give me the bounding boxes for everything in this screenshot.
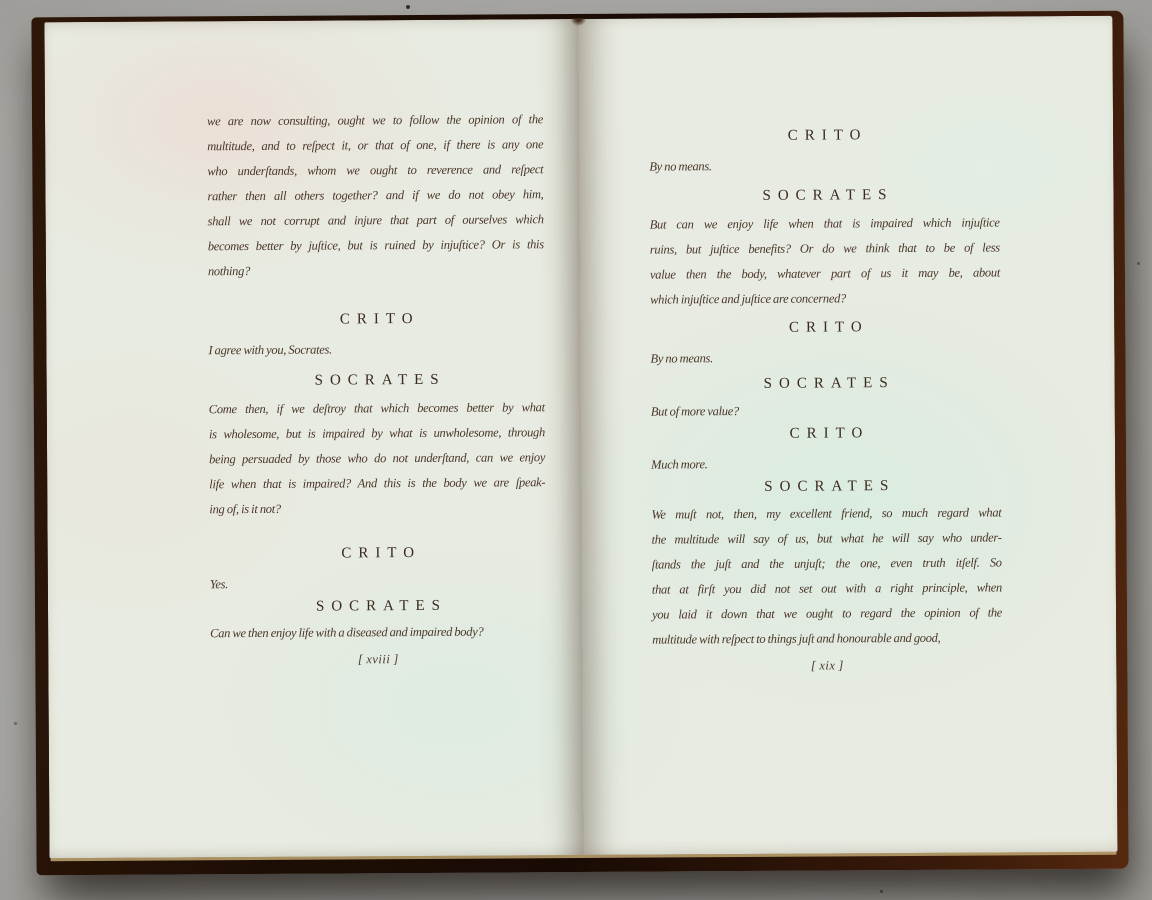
page-number: [ xix ] xyxy=(652,652,1002,679)
left-text-column: we are now consulting, ought we to follo… xyxy=(207,107,546,673)
page-number: [ xviii ] xyxy=(210,646,546,673)
speaker-heading-socrates: SOCRATES xyxy=(651,372,1001,394)
speaker-heading-socrates: SOCRATES xyxy=(210,595,546,617)
right-text-column: CRITO By no means. SOCRATES But can we e… xyxy=(649,124,1002,679)
dust-speck xyxy=(1137,262,1140,265)
page-spread: we are now consulting, ought we to follo… xyxy=(44,16,1117,859)
dialogue-line: Can we then enjoy life with a diseased a… xyxy=(210,619,546,646)
dust-speck xyxy=(880,890,883,893)
dust-speck xyxy=(14,722,17,725)
speaker-heading-crito: CRITO xyxy=(650,316,1000,338)
speaker-heading-crito: CRITO xyxy=(651,422,1001,444)
speaker-heading-socrates: SOCRATES xyxy=(651,475,1001,497)
dialogue-line: I agree with you, Socrates. xyxy=(208,336,544,363)
right-page: CRITO By no means. SOCRATES But can we e… xyxy=(578,16,1117,855)
dialogue-paragraph: We muſt not, then, my excellent friend, … xyxy=(651,500,1002,652)
speaker-heading-crito: CRITO xyxy=(649,124,999,146)
dialogue-paragraph: Come then, if we deſtroy that which beco… xyxy=(209,395,546,522)
dialogue-line: Much more. xyxy=(651,450,1001,477)
book-cover: we are now consulting, ought we to follo… xyxy=(31,11,1128,876)
dialogue-paragraph: we are now consulting, ought we to follo… xyxy=(207,107,544,284)
dialogue-line: By no means. xyxy=(649,152,999,179)
dialogue-line: Yes. xyxy=(210,570,546,597)
left-page: we are now consulting, ought we to follo… xyxy=(44,19,583,858)
speaker-heading-crito: CRITO xyxy=(208,308,544,330)
speaker-heading-socrates: SOCRATES xyxy=(649,184,999,206)
dust-speck xyxy=(406,5,410,9)
dialogue-line: By no means. xyxy=(650,344,1000,371)
dialogue-paragraph: But can we enjoy life when that is impai… xyxy=(650,210,1001,312)
photo-background: { "palette":{ "bg":"#a5a4a0", "paper":"#… xyxy=(0,0,1152,900)
speaker-heading-crito: CRITO xyxy=(210,542,546,564)
dialogue-line: But of more value? xyxy=(651,397,1001,424)
speaker-heading-socrates: SOCRATES xyxy=(209,369,545,391)
